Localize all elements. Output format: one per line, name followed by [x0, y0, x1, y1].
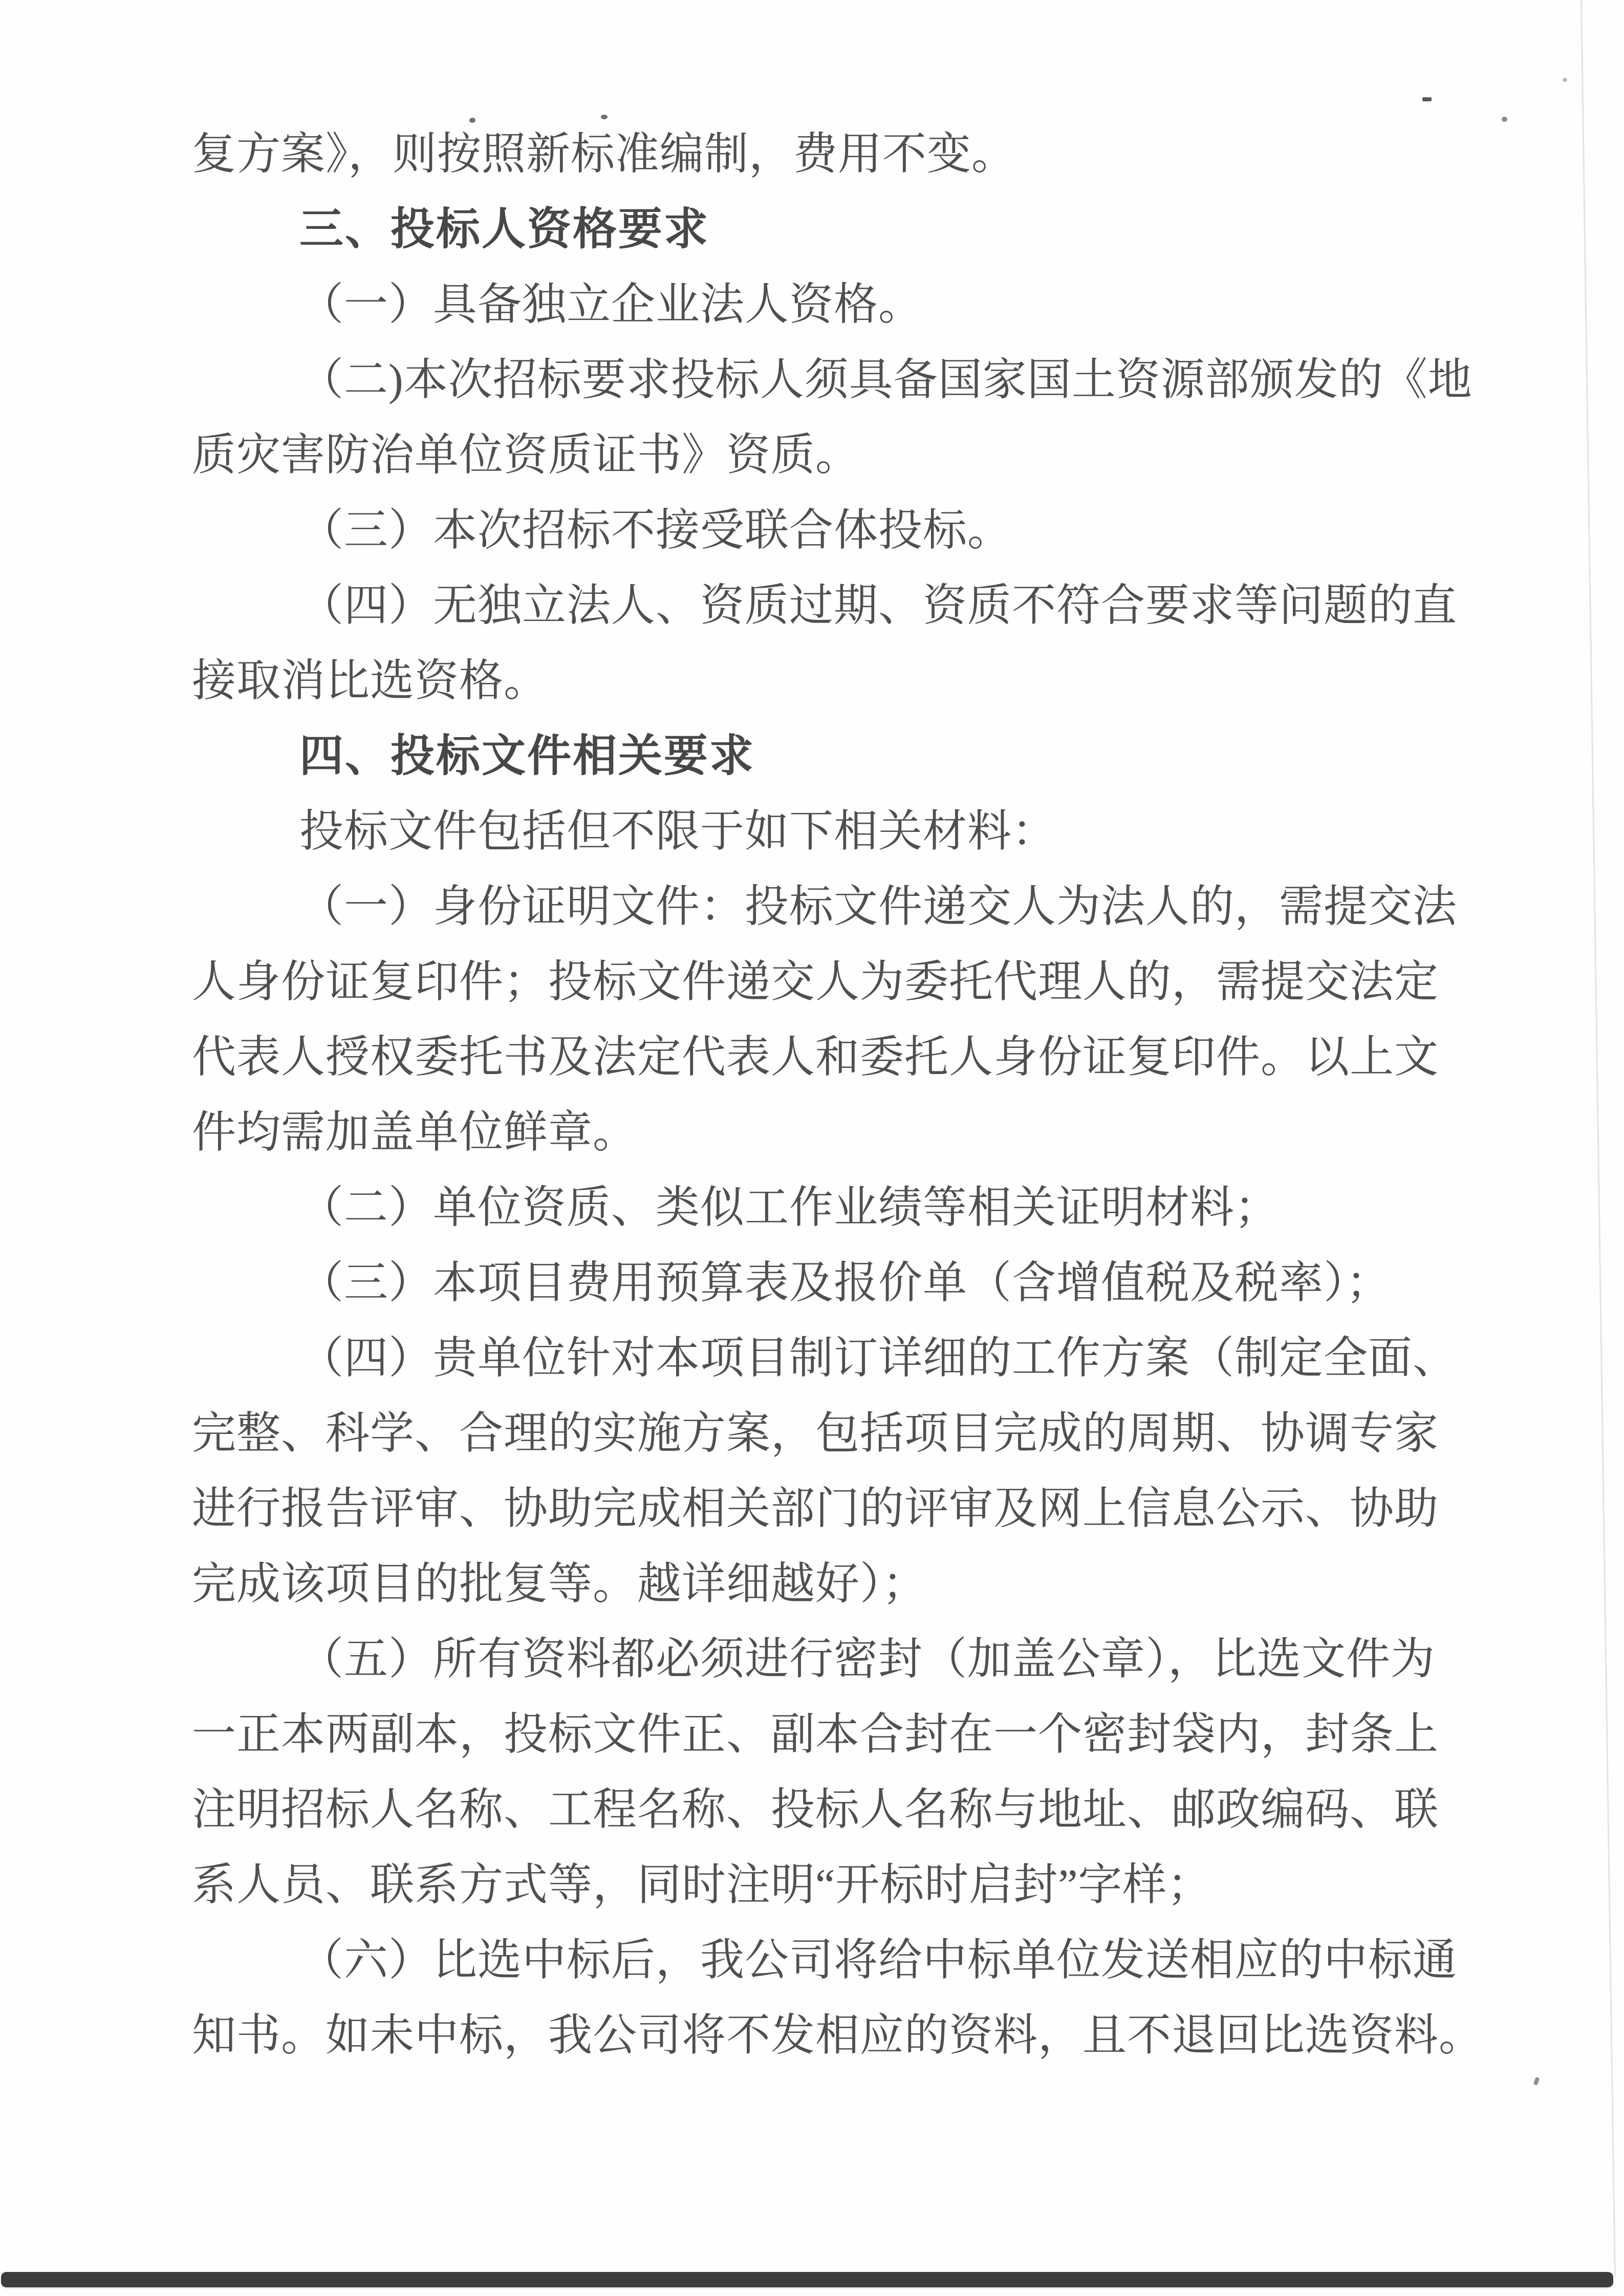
section-heading: 四、投标文件相关要求 — [192, 719, 1456, 794]
text-line: 完整、科学、合理的实施方案，包括项目完成的周期、协调专家 — [192, 1396, 1456, 1471]
text-line: （二)本次招标要求投标人须具备国家国土资源部颁发的《地 — [192, 342, 1456, 418]
scan-speck — [1502, 117, 1507, 122]
text-line: （三）本项目费用预算表及报价单（含增值税及税率）； — [192, 1246, 1456, 1321]
scan-edge-bar — [1, 2272, 1613, 2287]
text-line: 质灾害防治单位资质证书》资质。 — [192, 418, 1456, 493]
text-line: （五）所有资料都必须进行密封（加盖公章），比选文件为 — [192, 1622, 1456, 1697]
text-line: 代表人授权委托书及法定代表人和委托人身份证复印件。以上文 — [192, 1020, 1456, 1095]
text-line: （三）本次招标不接受联合体投标。 — [192, 493, 1456, 568]
text-line: 件均需加盖单位鲜章。 — [192, 1095, 1456, 1170]
text-line: 一正本两副本，投标文件正、副本合封在一个密封袋内，封条上 — [192, 1697, 1456, 1772]
text-line: （一）具备独立企业法人资格。 — [192, 267, 1456, 342]
text-line: 进行报告评审、协助完成相关部门的评审及网上信息公示、协助 — [192, 1471, 1456, 1547]
scan-speck — [1563, 78, 1567, 82]
scan-speck — [1422, 97, 1432, 101]
text-line: 完成该项目的批复等。越详细越好）； — [192, 1547, 1456, 1622]
scan-speck — [469, 118, 475, 123]
section-heading: 三、投标人资格要求 — [192, 192, 1456, 267]
text-line: 接取消比选资格。 — [192, 643, 1456, 719]
document-body: 复方案》，则按照新标准编制，费用不变。三、投标人资格要求（一）具备独立企业法人资… — [192, 117, 1456, 2073]
text-line: 投标文件包括但不限于如下相关材料： — [192, 794, 1456, 869]
text-line: （六）比选中标后，我公司将给中标单位发送相应的中标通 — [192, 1923, 1456, 1998]
text-line: （一）身份证明文件：投标文件递交人为法人的，需提交法 — [192, 869, 1456, 945]
text-line: 复方案》，则按照新标准编制，费用不变。 — [192, 117, 1456, 192]
text-line: 注明招标人名称、工程名称、投标人名称与地址、邮政编码、联 — [192, 1772, 1456, 1848]
scan-speck — [1533, 2077, 1540, 2086]
text-line: （四）贵单位针对本项目制订详细的工作方案（制定全面、 — [192, 1321, 1456, 1396]
text-line: （二）单位资质、类似工作业绩等相关证明材料； — [192, 1170, 1456, 1246]
text-line: 知书。如未中标，我公司将不发相应的资料，且不退回比选资料。 — [192, 1998, 1456, 2073]
text-line: 系人员、联系方式等，同时注明“开标时启封”字样； — [192, 1848, 1456, 1923]
scan-speck — [601, 115, 608, 119]
scanned-document-page: { "colors": { "page-bg": "#fefefe", "tex… — [0, 0, 1624, 2296]
text-line: （四）无独立法人、资质过期、资质不符合要求等问题的直 — [192, 568, 1456, 643]
text-line: 人身份证复印件；投标文件递交人为委托代理人的，需提交法定 — [192, 945, 1456, 1020]
scan-edge-line — [1580, 0, 1616, 2277]
